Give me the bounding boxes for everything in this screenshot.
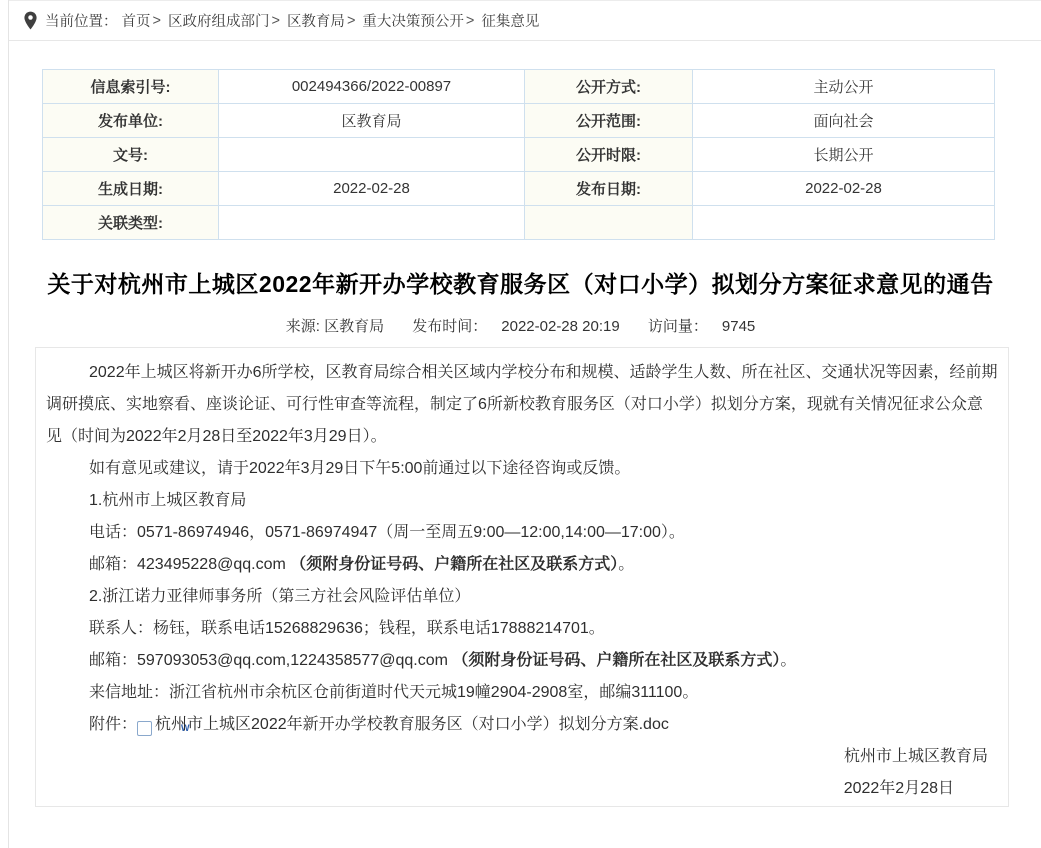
email-1-requirement: （须附身份证号码、户籍所在社区及联系方式）: [290, 556, 618, 573]
info-empty-value-cell: [693, 206, 995, 240]
breadcrumb-item-major-decisions[interactable]: 重大决策预公开: [362, 10, 464, 31]
paragraph-contacts: 联系人：杨钰，联系电话15268829636；钱程，联系电话1788821470…: [46, 613, 998, 645]
table-row: 文号: 公开时限: 长期公开: [43, 138, 995, 172]
paragraph-email-2: 邮箱：597093053@qq.com,1224358577@qq.com （须…: [46, 645, 998, 677]
breadcrumb-separator: >: [347, 13, 355, 29]
paragraph-email-1: 邮箱：423495228@qq.com （须附身份证号码、户籍所在社区及联系方式…: [46, 549, 998, 581]
info-label-disclosure-method: 公开方式:: [525, 70, 693, 104]
breadcrumb-item-home[interactable]: 首页: [122, 10, 151, 31]
breadcrumb-separator: >: [271, 13, 279, 29]
info-value-disclosure-method: 主动公开: [693, 70, 995, 104]
word-doc-icon: W: [137, 721, 152, 736]
info-label-creation-date: 生成日期:: [43, 172, 219, 206]
info-label-doc-number: 文号:: [43, 138, 219, 172]
info-value-publish-date: 2022-02-28: [693, 172, 995, 206]
info-label-related-type: 关联类型:: [43, 206, 219, 240]
paragraph-attachment: 附件：W杭州市上城区2022年新开办学校教育服务区（对口小学）拟划分方案.doc: [46, 709, 998, 741]
signature-date: 2022年2月28日: [46, 773, 998, 805]
email-2-requirement: （须附身份证号码、户籍所在社区及联系方式）: [452, 652, 780, 669]
table-row: 发布单位: 区教育局 公开范围: 面向社会: [43, 104, 995, 138]
breadcrumb-item-education-bureau[interactable]: 区教育局: [287, 10, 345, 31]
info-value-doc-number: [219, 138, 525, 172]
breadcrumb-item-solicit-opinions[interactable]: 征集意见: [481, 10, 539, 31]
paragraph-channel-2-title: 2.浙江诺力亚律师事务所（第三方社会风险评估单位）: [46, 581, 998, 613]
info-value-index-number: 002494366/2022-00897: [219, 70, 525, 104]
info-label-time-limit: 公开时限:: [525, 138, 693, 172]
table-row: 关联类型:: [43, 206, 995, 240]
table-row: 信息索引号: 002494366/2022-00897 公开方式: 主动公开: [43, 70, 995, 104]
signature-organization: 杭州市上城区教育局: [46, 741, 998, 773]
attachment-link[interactable]: 杭州市上城区2022年新开办学校教育服务区（对口小学）拟划分方案.doc: [155, 716, 669, 733]
info-label-publisher: 发布单位:: [43, 104, 219, 138]
attachment-label: 附件：: [89, 716, 137, 733]
paragraph-channel-1-title: 1.杭州市上城区教育局: [46, 485, 998, 517]
breadcrumb: 当前位置： 首页 > 区政府组成部门 > 区教育局 > 重大决策预公开 > 征集…: [9, 0, 1041, 41]
breadcrumb-label: 当前位置：: [45, 10, 118, 31]
location-pin-icon: [23, 11, 38, 30]
meta-publish-time: 2022-02-28 20:19: [501, 318, 619, 335]
info-value-scope: 面向社会: [693, 104, 995, 138]
breadcrumb-separator: >: [466, 13, 474, 29]
paragraph-mail-address: 来信地址：浙江省杭州市余杭区仓前街道时代天元城19幢2904-2908室，邮编3…: [46, 677, 998, 709]
meta-views-label: 访问量：: [648, 318, 708, 335]
info-value-publisher: 区教育局: [219, 104, 525, 138]
email-2-period: 。: [780, 652, 796, 669]
article-body: 2022年上城区将新开办6所学校，区教育局综合相关区域内学校分布和规模、适龄学生…: [35, 347, 1009, 807]
breadcrumb-item-departments[interactable]: 区政府组成部门: [168, 10, 270, 31]
breadcrumb-separator: >: [153, 13, 161, 29]
paragraph-feedback-deadline: 如有意见或建议，请于2022年3月29日下午5:00前通过以下途径咨询或反馈。: [46, 453, 998, 485]
email-1-period: 。: [618, 556, 634, 573]
paragraph-phone: 电话：0571-86974946，0571-86974947（周一至周五9:00…: [46, 517, 998, 549]
paragraph-intro: 2022年上城区将新开办6所学校，区教育局综合相关区域内学校分布和规模、适龄学生…: [46, 357, 998, 453]
info-value-related-type: [219, 206, 525, 240]
article-meta: 来源: 区教育局 发布时间：2022-02-28 20:19 访问量：9745: [0, 315, 1041, 336]
info-label-scope: 公开范围:: [525, 104, 693, 138]
email-1-text: 邮箱：423495228@qq.com: [89, 556, 290, 573]
document-info-table: 信息索引号: 002494366/2022-00897 公开方式: 主动公开 发…: [42, 69, 995, 240]
info-label-index-number: 信息索引号:: [43, 70, 219, 104]
info-value-creation-date: 2022-02-28: [219, 172, 525, 206]
meta-source: 来源: 区教育局: [286, 318, 384, 335]
info-value-time-limit: 长期公开: [693, 138, 995, 172]
meta-views-count: 9745: [722, 318, 755, 335]
email-2-text: 邮箱：597093053@qq.com,1224358577@qq.com: [89, 652, 452, 669]
page-title: 关于对杭州市上城区2022年新开办学校教育服务区（对口小学）拟划分方案征求意见的…: [38, 266, 1003, 302]
page-left-border: [8, 0, 9, 848]
info-empty-label-cell: [525, 206, 693, 240]
table-row: 生成日期: 2022-02-28 发布日期: 2022-02-28: [43, 172, 995, 206]
info-label-publish-date: 发布日期:: [525, 172, 693, 206]
meta-publish-time-label: 发布时间：: [412, 318, 487, 335]
